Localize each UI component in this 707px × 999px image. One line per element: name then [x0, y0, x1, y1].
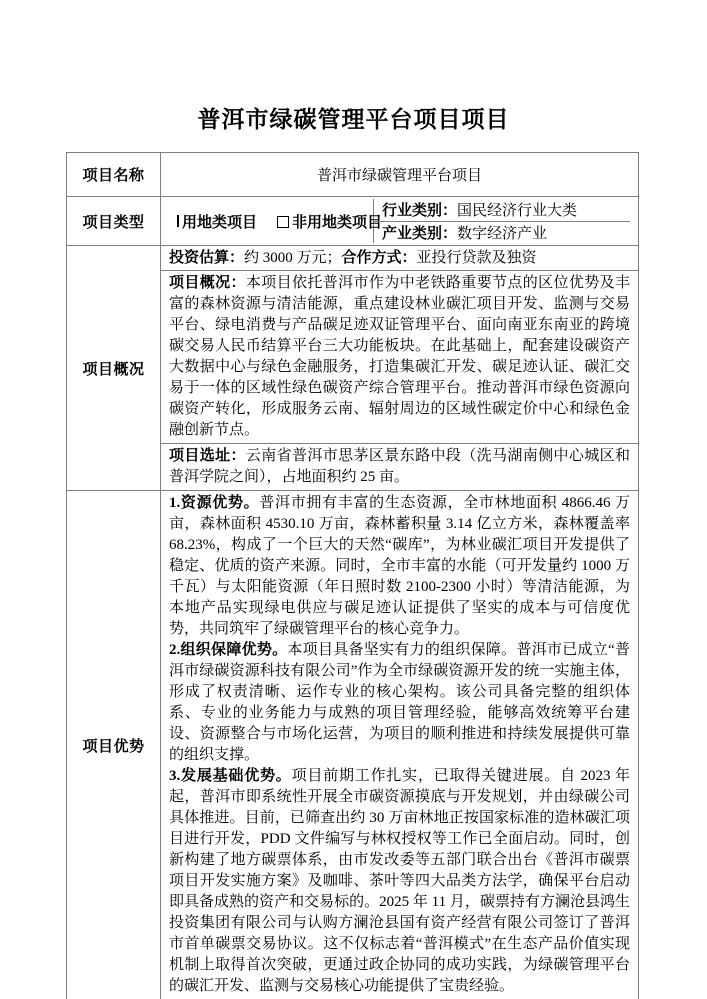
option-land-project: 用地类项目: [182, 211, 257, 232]
investment-cell: 投资估算：约 3000 万元；合作方式：亚投行贷款及独资: [161, 246, 639, 271]
checkbox-checked-icon[interactable]: [177, 215, 179, 227]
advantage-item-2: 2.组织保障优势。本项目具备坚实有力的组织保障。普洱市已成立“普洱市绿碳资源科技…: [169, 640, 630, 766]
investment-value: 约 3000 万元；: [244, 250, 342, 266]
investment-label: 投资估算：: [169, 250, 244, 266]
industry-category-value: 国民经济行业大类: [457, 199, 577, 220]
advantage-3-text: 项目前期工作扎实，已取得关键进展。自 2023 年起，普洱市即系统性开展全市碳资…: [169, 768, 630, 994]
table-row-project-name: 项目名称 普洱市绿碳管理平台项目: [67, 153, 639, 197]
project-info-table: 项目名称 普洱市绿碳管理平台项目 项目类型 用地类项目 非用地类项目 行业类别：…: [66, 152, 639, 999]
advantages-cell: 1.资源优势。普洱市拥有丰富的生态资源，全市林地面积 4866.46 万亩，森林…: [161, 491, 639, 999]
summary-label: 项目概况：: [169, 275, 246, 291]
project-type-classification: 行业类别：国民经济行业大类 产业类别：数字经济产业: [374, 199, 630, 243]
option-nonland-wrap: 非用地类项目: [277, 211, 382, 232]
project-name-value: 普洱市绿碳管理平台项目: [161, 153, 639, 197]
project-type-options: 用地类项目 非用地类项目: [169, 199, 374, 243]
summary-cell: 项目概况：本项目依托普洱市作为中老铁路重要节点的区位优势及丰富的森林资源与清洁能…: [161, 271, 639, 444]
row-label-project-name: 项目名称: [67, 153, 161, 197]
sector-category-label: 产业类别：: [382, 222, 457, 243]
advantage-1-label: 1.资源优势。: [169, 495, 259, 511]
checkbox-unchecked-icon[interactable]: [277, 216, 289, 228]
option-nonland-project: 非用地类项目: [292, 215, 382, 231]
project-type-cell: 用地类项目 非用地类项目 行业类别：国民经济行业大类 产业类别：数字经济产业: [161, 197, 639, 246]
location-cell: 项目选址：云南省普洱市思茅区景东路中段（洗马湖南侧中心城区和普洱学院之间），占地…: [161, 444, 639, 491]
table-row-advantages: 项目优势 1.资源优势。普洱市拥有丰富的生态资源，全市林地面积 4866.46 …: [67, 491, 639, 999]
row-label-project-advantages: 项目优势: [67, 491, 161, 999]
industry-category-label: 行业类别：: [382, 199, 457, 220]
advantage-2-label: 2.组织保障优势。: [169, 642, 287, 658]
document-page: 普洱市绿碳管理平台项目项目 项目名称 普洱市绿碳管理平台项目 项目类型 用地类项…: [0, 0, 707, 999]
row-label-project-type: 项目类型: [67, 197, 161, 246]
summary-text: 本项目依托普洱市作为中老铁路重要节点的区位优势及丰富的森林资源与清洁能源，重点建…: [169, 275, 630, 438]
advantage-1-text: 普洱市拥有丰富的生态资源，全市林地面积 4866.46 万亩，森林面积 4530…: [169, 495, 630, 637]
cooperation-value: 亚投行贷款及独资: [417, 250, 537, 266]
row-label-project-overview: 项目概况: [67, 246, 161, 491]
advantage-2-text: 本项目具备坚实有力的组织保障。普洱市已成立“普洱市绿碳资源科技有限公司”作为全市…: [169, 642, 630, 763]
location-label: 项目选址：: [169, 448, 246, 464]
advantage-item-1: 1.资源优势。普洱市拥有丰富的生态资源，全市林地面积 4866.46 万亩，森林…: [169, 493, 630, 640]
document-title: 普洱市绿碳管理平台项目项目: [0, 101, 707, 134]
project-type-wrap: 用地类项目 非用地类项目 行业类别：国民经济行业大类 产业类别：数字经济产业: [169, 199, 630, 243]
sector-category-row: 产业类别：数字经济产业: [374, 222, 630, 244]
cooperation-label: 合作方式：: [342, 250, 417, 266]
advantage-3-label: 3.发展基础优势。: [169, 768, 292, 784]
sector-category-value: 数字经济产业: [457, 222, 547, 243]
table-row-investment: 项目概况 投资估算：约 3000 万元；合作方式：亚投行贷款及独资: [67, 246, 639, 271]
industry-category-row: 行业类别：国民经济行业大类: [374, 199, 630, 222]
table-row-project-type: 项目类型 用地类项目 非用地类项目 行业类别：国民经济行业大类 产业类别：数字经…: [67, 197, 639, 246]
advantage-item-3: 3.发展基础优势。项目前期工作扎实，已取得关键进展。自 2023 年起，普洱市即…: [169, 766, 630, 997]
